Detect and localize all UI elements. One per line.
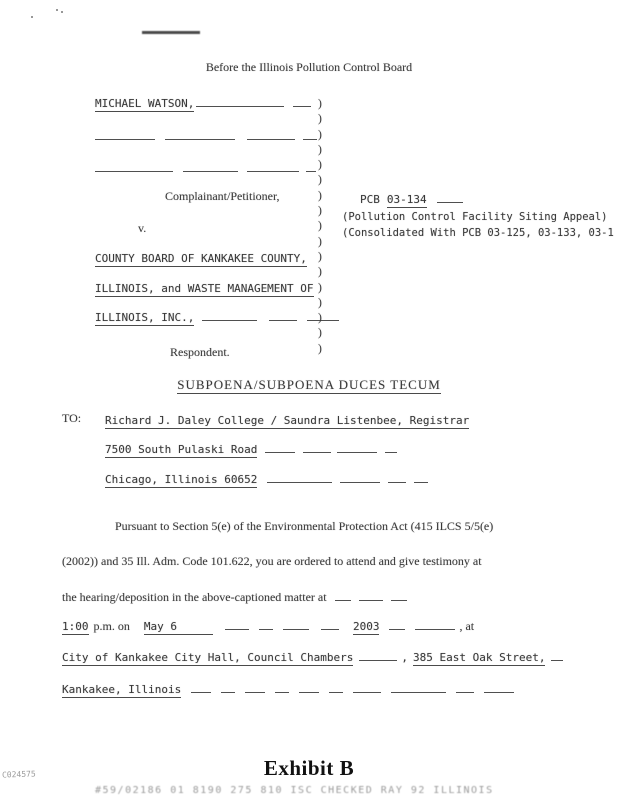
respondent-line3-text: ILLINOIS, INC., bbox=[95, 311, 194, 326]
blank-line-segment bbox=[196, 95, 284, 107]
blank-line-segment bbox=[389, 618, 405, 630]
blank-line-segment bbox=[335, 589, 351, 601]
caption-paren-column: ) ) ) ) ) ) ) ) ) ) ) ) ) ) ) ) ) bbox=[318, 97, 322, 357]
caption-paren: ) bbox=[318, 296, 322, 311]
blank-line-segment bbox=[283, 618, 309, 630]
versus-text: v. bbox=[138, 221, 146, 235]
recipient-city: Chicago, Illinois 60652 bbox=[105, 473, 257, 488]
blank-line-segment bbox=[247, 160, 299, 172]
hearing-time: 1:00 bbox=[62, 620, 89, 635]
blank-line-segment bbox=[437, 191, 463, 203]
hearing-city-line: Kankakee, Illinois bbox=[62, 681, 514, 698]
exhibit-label-text: Exhibit B bbox=[264, 756, 354, 780]
order-paragraph-line-1: Pursuant to Section 5(e) of the Environm… bbox=[115, 519, 493, 534]
blank-line-segment bbox=[385, 441, 397, 453]
recipient-city-line: Chicago, Illinois 60652 bbox=[105, 471, 428, 488]
respondent-role-text: Respondent. bbox=[170, 345, 230, 359]
caption-paren: ) bbox=[318, 173, 322, 188]
recipient-name: Richard J. Daley College / Saundra Liste… bbox=[105, 414, 469, 429]
blank-line-segment bbox=[484, 681, 514, 693]
exhibit-label: Exhibit B bbox=[0, 756, 618, 781]
order-paragraph-line-3: the hearing/deposition in the above-capt… bbox=[62, 589, 407, 605]
blank-line-segment bbox=[551, 649, 563, 661]
caption-paren: ) bbox=[318, 189, 322, 204]
blank-line-segment bbox=[415, 618, 455, 630]
blank-line-segment bbox=[275, 681, 289, 693]
blank-line-segment bbox=[340, 471, 380, 483]
hearing-street: 385 East Oak Street, bbox=[413, 651, 545, 666]
blank-line-segment bbox=[225, 618, 249, 630]
caption-paren: ) bbox=[318, 326, 322, 341]
order-line3-text: the hearing/deposition in the above-capt… bbox=[62, 590, 327, 605]
blank-line-segment bbox=[191, 681, 211, 693]
blank-line-segment bbox=[95, 160, 173, 172]
blank-line-segment bbox=[321, 618, 339, 630]
caption-paren: ) bbox=[318, 281, 322, 296]
blank-line-segment bbox=[414, 471, 428, 483]
recipient-name-line: Richard J. Daley College / Saundra Liste… bbox=[105, 411, 469, 429]
complainant-role: Complainant/Petitioner, bbox=[165, 189, 280, 204]
order-line1-text: Pursuant to Section 5(e) of the Environm… bbox=[115, 519, 493, 533]
court-header: Before the Illinois Pollution Control Bo… bbox=[0, 60, 618, 75]
caption-paren: ) bbox=[318, 112, 322, 127]
complainant-role-text: Complainant/Petitioner, bbox=[165, 189, 280, 203]
appeal-type-line: (Pollution Control Facility Siting Appea… bbox=[342, 211, 608, 223]
blank-line-segment bbox=[259, 618, 273, 630]
order-paragraph-line-2: (2002)) and 35 Ill. Adm. Code 101.622, y… bbox=[62, 554, 482, 569]
docket-number: 03-134 bbox=[387, 193, 427, 208]
meridiem-text: p.m. on bbox=[94, 619, 130, 634]
caption-paren: ) bbox=[318, 311, 322, 326]
fax-header-line: #59/02186 01 8190 275 810 ISC CHECKED RA… bbox=[95, 785, 494, 796]
blank-line-segment bbox=[95, 128, 155, 140]
hearing-year: 2003 bbox=[353, 620, 380, 635]
caption-paren: ) bbox=[318, 265, 322, 280]
blank-line-segment bbox=[267, 471, 332, 483]
versus: v. bbox=[138, 221, 146, 236]
respondent-role: Respondent. bbox=[170, 345, 230, 360]
complainant-name: MICHAEL WATSON, bbox=[95, 97, 194, 112]
respondent-name-line-2: ILLINOIS, and WASTE MANAGEMENT OF bbox=[95, 279, 314, 297]
caption-blank-line-2 bbox=[95, 160, 316, 172]
blank-line-segment bbox=[221, 681, 235, 693]
blank-line-segment bbox=[165, 128, 235, 140]
subpoena-document-page: Before the Illinois Pollution Control Bo… bbox=[0, 0, 618, 800]
blank-line-segment bbox=[329, 681, 343, 693]
fax-header-text: #59/02186 01 8190 275 810 ISC CHECKED RA… bbox=[95, 785, 494, 796]
blank-line-segment bbox=[303, 128, 317, 140]
blank-line-segment bbox=[265, 441, 295, 453]
scan-speck bbox=[61, 11, 63, 13]
corner-mark-text: C024575 bbox=[2, 769, 36, 779]
hearing-time-line: 1:00 p.m. on May 6 2003 , at bbox=[62, 618, 474, 635]
caption-paren: ) bbox=[318, 97, 322, 112]
blank-line-segment bbox=[456, 681, 474, 693]
blank-line-segment bbox=[307, 309, 339, 321]
blank-line-segment bbox=[202, 309, 257, 321]
blank-line-segment bbox=[303, 441, 331, 453]
docket-prefix: PCB bbox=[360, 193, 380, 206]
blank-line-segment bbox=[391, 589, 407, 601]
blank-line-segment bbox=[299, 681, 319, 693]
subpoena-title-text: SUBPOENA/SUBPOENA DUCES TECUM bbox=[177, 377, 441, 394]
blank-line-segment bbox=[391, 681, 446, 693]
court-header-text: Before the Illinois Pollution Control Bo… bbox=[206, 60, 412, 74]
consolidated-text: (Consolidated With PCB 03-125, 03-133, 0… bbox=[342, 227, 614, 239]
respondent-name-line-1: COUNTY BOARD OF KANKAKEE COUNTY, bbox=[95, 249, 307, 267]
recipient-street-line: 7500 South Pulaski Road bbox=[105, 441, 397, 458]
respondent-line1-text: COUNTY BOARD OF KANKAKEE COUNTY, bbox=[95, 252, 307, 267]
blank-line-segment bbox=[359, 589, 383, 601]
caption-paren: ) bbox=[318, 250, 322, 265]
recipient-street: 7500 South Pulaski Road bbox=[105, 443, 257, 458]
hearing-place: City of Kankakee City Hall, Council Cham… bbox=[62, 651, 353, 666]
caption-paren: ) bbox=[318, 235, 322, 250]
caption-blank-line-1 bbox=[95, 128, 317, 140]
caption-paren: ) bbox=[318, 342, 322, 357]
blank-line-segment bbox=[388, 471, 406, 483]
blank-line-segment bbox=[247, 128, 295, 140]
complainant-name-line: MICHAEL WATSON, bbox=[95, 95, 311, 112]
corner-mark: C024575 bbox=[2, 769, 36, 779]
blank-line-segment bbox=[245, 681, 265, 693]
hearing-date: May 6 bbox=[144, 620, 213, 635]
docket-line: PCB 03-134 bbox=[360, 191, 463, 208]
caption-paren: ) bbox=[318, 158, 322, 173]
caption-paren: ) bbox=[318, 143, 322, 158]
blank-line-segment bbox=[306, 160, 316, 172]
to-label: TO: bbox=[62, 411, 81, 426]
consolidated-line: (Consolidated With PCB 03-125, 03-133, 0… bbox=[342, 227, 614, 239]
scan-speck bbox=[56, 9, 58, 11]
respondent-line2-text: ILLINOIS, and WASTE MANAGEMENT OF bbox=[95, 282, 314, 297]
subpoena-title: SUBPOENA/SUBPOENA DUCES TECUM bbox=[0, 376, 618, 394]
blank-line-segment bbox=[269, 309, 297, 321]
blank-line-segment bbox=[183, 160, 238, 172]
blank-line-segment bbox=[359, 649, 397, 661]
caption-paren: ) bbox=[318, 128, 322, 143]
scan-speck bbox=[31, 16, 33, 18]
location-comma: , bbox=[401, 651, 408, 664]
at-word-text: , at bbox=[459, 619, 474, 634]
order-line2-text: (2002)) and 35 Ill. Adm. Code 101.622, y… bbox=[62, 554, 482, 568]
appeal-type-text: (Pollution Control Facility Siting Appea… bbox=[342, 211, 608, 223]
top-smudge-line bbox=[142, 31, 200, 34]
hearing-city: Kankakee, Illinois bbox=[62, 683, 181, 698]
respondent-name-line-3: ILLINOIS, INC., bbox=[95, 309, 339, 326]
caption-paren: ) bbox=[318, 204, 322, 219]
to-label-text: TO: bbox=[62, 411, 81, 425]
blank-line-segment bbox=[337, 441, 377, 453]
hearing-location-line: City of Kankakee City Hall, Council Cham… bbox=[62, 649, 563, 666]
blank-line-segment bbox=[353, 681, 381, 693]
caption-paren: ) bbox=[318, 219, 322, 234]
blank-line-segment bbox=[293, 95, 311, 107]
